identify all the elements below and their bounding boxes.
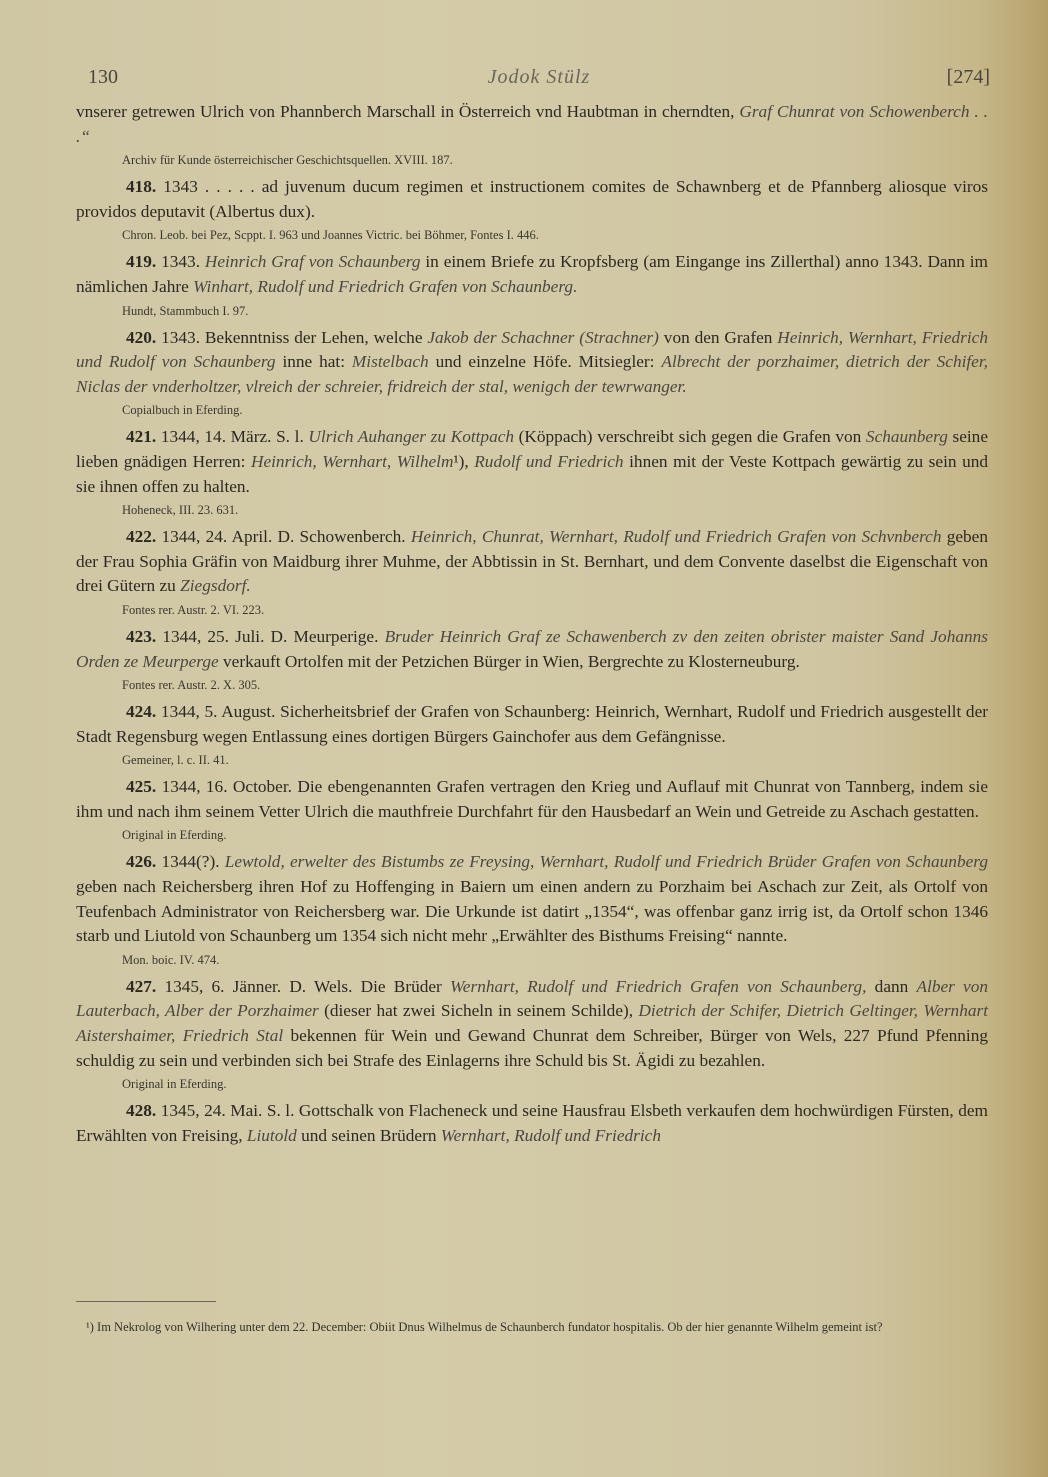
- source-citation: Original in Eferding.: [122, 1075, 988, 1093]
- entry-number: 424.: [126, 702, 156, 721]
- original-page-number: [274]: [947, 66, 990, 89]
- entry-422: 422. 1344, 24. April. D. Schowenberch. H…: [76, 525, 988, 619]
- entry-number: 421.: [126, 427, 156, 446]
- entry-italic-text: Wernhart, Rudolf und Friedrich: [441, 1126, 661, 1145]
- book-page: 130 Jodok Stülz [274] vnserer getrewen U…: [0, 0, 1048, 1477]
- entry-421: 421. 1344, 14. März. S. l. Ulrich Auhang…: [76, 425, 988, 519]
- entry-426: 426. 1344(?). Lewtold, erwelter des Bist…: [76, 850, 988, 968]
- entry-text: 1344, 24. April. D. Schowenberch.: [156, 527, 411, 546]
- entry-italic-text: Lewtold, erwelter des Bistumbs ze Freysi…: [225, 852, 988, 871]
- source-citation: Fontes rer. Austr. 2. X. 305.: [122, 676, 988, 694]
- entry-text: dann: [866, 977, 916, 996]
- entry-number: 419.: [126, 252, 156, 271]
- entry-italic-text: Wernhart, Rudolf und Friedrich Grafen vo…: [450, 977, 867, 996]
- footnote: ¹) Im Nekrolog von Wilhering unter dem 2…: [86, 1318, 986, 1336]
- footnote-marker: ¹): [86, 1320, 94, 1334]
- entries-list: 418. 1343 . . . . . ad juvenum ducum reg…: [76, 175, 988, 1148]
- entry-number: 420.: [126, 328, 156, 347]
- continuation-text: vnserer getrewen Ulrich von Phannberch M…: [76, 102, 739, 121]
- entry-italic-text: Ulrich Auhanger zu Kottpach: [308, 427, 514, 446]
- entry-text: 1344(?).: [156, 852, 225, 871]
- entry-text: geben nach Reichersberg ihren Hof zu Hof…: [76, 877, 988, 945]
- entry-text: (Köppach) verschreibt sich gegen die Gra…: [514, 427, 866, 446]
- entry-427: 427. 1345, 6. Jänner. D. Wels. Die Brüde…: [76, 975, 988, 1093]
- entry-text: und einzelne Höfe. Mitsiegler:: [429, 352, 662, 371]
- source-citation: Mon. boic. IV. 474.: [122, 951, 988, 969]
- entry-italic-text: Heinrich Graf von Schaunberg: [205, 252, 421, 271]
- entry-text: 1344, 5. August. Sicherheitsbrief der Gr…: [76, 702, 988, 746]
- entry-italic-text: Ziegsdorf.: [180, 576, 251, 595]
- entry-text: und seinen Brüdern: [297, 1126, 441, 1145]
- source-citation: Original in Eferding.: [122, 826, 988, 844]
- entry-italic-text: Mistelbach: [352, 352, 429, 371]
- entry-number: 428.: [126, 1101, 156, 1120]
- running-header: 130 Jodok Stülz [274]: [88, 66, 990, 92]
- entry-italic-text: Heinrich, Chunrat, Wernhart, Rudolf und …: [411, 527, 942, 546]
- source-citation: Chron. Leob. bei Pez, Scppt. I. 963 und …: [122, 226, 988, 244]
- entry-420: 420. 1343. Bekenntniss der Lehen, welche…: [76, 326, 988, 420]
- entry-text: 1343.: [156, 252, 205, 271]
- continuation-entry: vnserer getrewen Ulrich von Phannberch M…: [76, 100, 988, 169]
- entry-italic-text: Rudolf und Friedrich: [474, 452, 623, 471]
- entry-text: ¹),: [453, 452, 474, 471]
- entry-text: 1344, 25. Juli. D. Meurperige.: [156, 627, 384, 646]
- running-title: Jodok Stülz: [88, 66, 990, 89]
- main-text: vnserer getrewen Ulrich von Phannberch M…: [76, 100, 988, 1148]
- entry-number: 418.: [126, 177, 156, 196]
- source-citation: Fontes rer. Austr. 2. VI. 223.: [122, 601, 988, 619]
- entry-text: von den Grafen: [659, 328, 777, 347]
- entry-number: 425.: [126, 777, 156, 796]
- entry-italic-text: Liutold: [247, 1126, 297, 1145]
- entry-italic-text: Winhart, Rudolf und Friedrich Grafen von…: [193, 277, 577, 296]
- entry-text: (dieser hat zwei Sicheln in seinem Schil…: [319, 1001, 639, 1020]
- entry-number: 427.: [126, 977, 156, 996]
- source-citation: Hoheneck, III. 23. 631.: [122, 501, 988, 519]
- entry-423: 423. 1344, 25. Juli. D. Meurperige. Brud…: [76, 625, 988, 694]
- entry-424: 424. 1344, 5. August. Sicherheitsbrief d…: [76, 700, 988, 769]
- source-citation: Copialbuch in Eferding.: [122, 401, 988, 419]
- entry-425: 425. 1344, 16. October. Die ebengenannte…: [76, 775, 988, 844]
- source-citation: Hundt, Stammbuch I. 97.: [122, 302, 988, 320]
- entry-text: 1344, 14. März. S. l.: [156, 427, 308, 446]
- entry-italic-text: Schaunberg: [866, 427, 948, 446]
- entry-418: 418. 1343 . . . . . ad juvenum ducum reg…: [76, 175, 988, 244]
- entry-number: 426.: [126, 852, 156, 871]
- entry-428: 428. 1345, 24. Mai. S. l. Gottschalk von…: [76, 1099, 988, 1148]
- entry-419: 419. 1343. Heinrich Graf von Schaunberg …: [76, 250, 988, 319]
- entry-text: inne hat:: [276, 352, 352, 371]
- entry-italic-text: Heinrich, Wernhart, Wilhelm: [251, 452, 453, 471]
- footnote-text: Im Nekrolog von Wilhering unter dem 22. …: [97, 1320, 882, 1334]
- source-citation: Gemeiner, l. c. II. 41.: [122, 751, 988, 769]
- entry-text: 1344, 16. October. Die ebengenannten Gra…: [76, 777, 988, 821]
- entry-italic-text: Jakob der Schachner (Strachner): [427, 328, 659, 347]
- entry-number: 423.: [126, 627, 156, 646]
- footnote-rule: [76, 1301, 216, 1302]
- entry-text: 1343 . . . . . ad juvenum ducum regimen …: [76, 177, 988, 221]
- entry-text: verkauft Ortolfen mit der Petzichen Bürg…: [219, 652, 800, 671]
- entry-number: 422.: [126, 527, 156, 546]
- entry-text: 1343. Bekenntniss der Lehen, welche: [156, 328, 427, 347]
- source-citation: Archiv für Kunde österreichischer Geschi…: [122, 151, 988, 169]
- entry-text: 1345, 6. Jänner. D. Wels. Die Brüder: [156, 977, 450, 996]
